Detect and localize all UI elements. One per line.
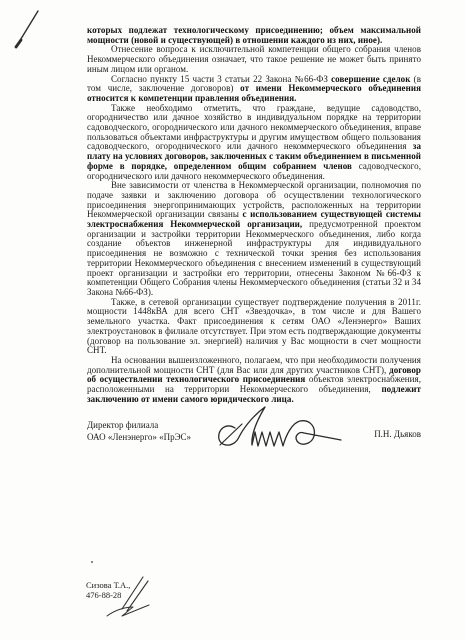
paragraph: Отнесение вопроса к исключительной компе…	[87, 45, 421, 74]
executor-name: Сизова Т.А.,	[86, 580, 130, 590]
paragraph: Вне зависимости от членства в Некоммерче…	[87, 181, 421, 297]
scanned-letter-page: которых подлежат технологическому присое…	[0, 0, 465, 640]
text-segment: Согласно пункту 15 части 3 статьи 22 Зак…	[111, 74, 331, 84]
paragraph: которых подлежат технологическому присое…	[87, 26, 421, 45]
signature-block: Директор филиала ОАО «Ленэнерго» «ПрЭС» …	[87, 420, 421, 443]
letter-body: которых подлежат технологическому присое…	[87, 26, 421, 404]
paragraph: На основании вышеизложенного, полагаем, …	[87, 356, 421, 405]
signer-title-line1: Директор филиала	[87, 420, 191, 432]
bold-text-segment: совершение сделок	[331, 74, 410, 84]
pen-checkmark-icon	[8, 6, 50, 56]
signer-title: Директор филиала ОАО «Ленэнерго» «ПрЭС»	[87, 420, 191, 443]
bold-text-segment: которых подлежат технологическому присое…	[87, 25, 421, 45]
text-segment: Также необходимо отметить, что граждане,…	[87, 103, 421, 152]
executor-phone: 476-88-28	[86, 590, 130, 600]
text-segment: предусмотренной проектом организации и з…	[87, 219, 421, 297]
paragraph: Также, в сетевой организации существует …	[87, 298, 421, 356]
signer-title-line2: ОАО «Ленэнерго» «ПрЭС»	[87, 432, 191, 444]
text-segment: На основании вышеизложенного, полагаем, …	[87, 355, 421, 375]
executor-contact: Сизова Т.А., 476-88-28	[86, 580, 130, 600]
text-segment: Отнесение вопроса к исключительной компе…	[87, 44, 421, 73]
text-segment: Также, в сетевой организации существует …	[87, 297, 421, 356]
paragraph: Согласно пункту 15 части 3 статьи 22 Зак…	[87, 75, 421, 104]
signer-name: П.Н. Дьяков	[374, 429, 421, 443]
paragraph: Также необходимо отметить, что граждане,…	[87, 104, 421, 182]
